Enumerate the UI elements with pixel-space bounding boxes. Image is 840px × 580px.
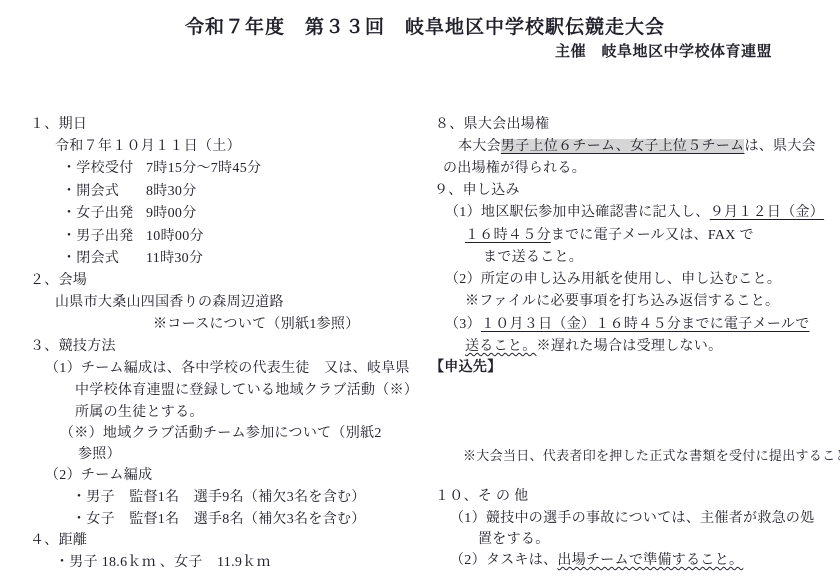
section-9-heading: ９、申し込み: [434, 181, 520, 200]
section-8-heading: ８、県大会出場権: [435, 115, 549, 134]
text-run: （2）タスキは、: [450, 553, 557, 568]
stamp-note: ※大会当日、代表者印を押した正式な書類を受付に提出すること。: [463, 446, 840, 465]
text-run: （3）: [445, 317, 481, 332]
other-2-line: （2）タスキは、出場チームで準備すること。: [450, 551, 743, 570]
text-run: までに電子メール又は、FAX で: [551, 228, 754, 243]
schedule-time: 10時00分: [146, 229, 204, 244]
schedule-time: 8時30分: [146, 184, 197, 199]
qualification-line-2: の出場権が得られる。: [443, 159, 586, 178]
schedule-row: ・男子出発10時00分: [62, 227, 204, 246]
schedule-label: ・男子出発: [62, 227, 146, 246]
apply-2-line-2: ※ファイルに必要事項を打ち込み返信すること。: [465, 292, 779, 311]
apply-1-line-2: １６時４５分までに電子メール又は、FAX で: [465, 226, 754, 245]
schedule-label: ・学校受付: [62, 159, 146, 178]
section-3-heading: ３、競技方法: [30, 337, 116, 356]
section-10-heading: １０、そ の 他: [435, 487, 528, 506]
section-1-heading: １、期日: [30, 115, 87, 134]
schedule-time: 9時00分: [146, 206, 197, 221]
text-run: （1）地区駅伝参加申込確認書に記入し、: [445, 205, 710, 220]
organizer-line: 主催 岐阜地区中学校体育連盟: [555, 40, 772, 61]
text-run: 本大会: [458, 139, 501, 154]
club-note-line-2: 参照）: [78, 445, 121, 464]
deadline-date-2: １０月３日（金）１６時４５分までに電子メールで: [481, 317, 810, 332]
document-title: 令和７年度 第３３回 岐阜地区中学校駅伝競走大会: [185, 12, 665, 39]
rule-1-line-3: 所属の生徒とする。: [75, 403, 204, 422]
schedule-label: ・閉会式: [62, 249, 146, 268]
schedule-row: ・学校受付7時15分～7時45分: [62, 159, 261, 178]
apply-3-line-1: （3）１０月３日（金）１６時４５分までに電子メールで: [445, 315, 810, 334]
apply-3-line-2: 送ること。※遅れた場合は受理しない。: [465, 337, 722, 356]
section-2-heading: ２、会場: [30, 271, 87, 290]
text-run: は、県大会: [744, 139, 816, 154]
event-date: 令和７年１０月１１日（土）: [55, 137, 241, 156]
rule-2-heading: （2）チーム編成: [45, 466, 152, 485]
team-girls-line: ・女子 監督1名 選手8名（補欠3名を含む）: [72, 510, 366, 529]
club-note-line-1: （※）地域クラブ活動チーム参加について（別紙2: [60, 424, 382, 443]
schedule-row: ・開会式8時30分: [62, 182, 197, 201]
rule-1-line-2: 中学校体育連盟に登録している地域クラブ活動（※）: [75, 381, 418, 400]
schedule-row: ・女子出発9時00分: [62, 204, 197, 223]
schedule-time: 7時15分～7時45分: [146, 161, 261, 176]
tasuki-instruction: 出場チームで準備すること。: [557, 553, 743, 568]
schedule-label: ・女子出発: [62, 204, 146, 223]
schedule-label: ・開会式: [62, 182, 146, 201]
send-instruction: 送ること。: [465, 339, 537, 354]
team-boys-line: ・男子 監督1名 選手9名（補欠3名を含む）: [72, 488, 366, 507]
distance-line: ・男子 18.6ｋｍ 、女子 11.9ｋｍ: [55, 553, 271, 572]
recipient-label: 【申込先】: [430, 358, 502, 377]
deadline-time-1: １６時４５分: [465, 228, 551, 243]
section-4-heading: ４、距離: [30, 531, 87, 550]
deadline-date-1: ９月１２日（金）: [710, 205, 824, 220]
apply-2-line-1: （2）所定の申し込み用紙を使用し、申し込むこと。: [445, 270, 781, 289]
venue-line: 山県市大桑山四国香りの森周辺道路: [55, 293, 284, 312]
schedule-row: ・閉会式11時30分: [62, 249, 203, 268]
apply-1-line-3: まで送ること。: [483, 248, 583, 267]
other-1-line-2: 置をする。: [478, 530, 550, 549]
schedule-time: 11時30分: [146, 251, 203, 266]
highlighted-qualifying-teams: 男子上位６チーム、女子上位５チーム: [501, 139, 745, 154]
text-run: ※遅れた場合は受理しない。: [537, 339, 723, 354]
rule-1-line-1: （1）チーム編成は、各中学校の代表生徒 又は、岐阜県: [45, 359, 410, 378]
document-page: 令和７年度 第３３回 岐阜地区中学校駅伝競走大会 主催 岐阜地区中学校体育連盟 …: [0, 0, 840, 580]
qualification-line-1: 本大会男子上位６チーム、女子上位５チームは、県大会: [458, 137, 816, 156]
apply-1-line-1: （1）地区駅伝参加申込確認書に記入し、９月１２日（金）: [445, 203, 824, 222]
course-note: ※コースについて（別紙1参照）: [153, 315, 360, 334]
other-1-line-1: （1）競技中の選手の事故については、主催者が救急の処: [450, 509, 815, 528]
